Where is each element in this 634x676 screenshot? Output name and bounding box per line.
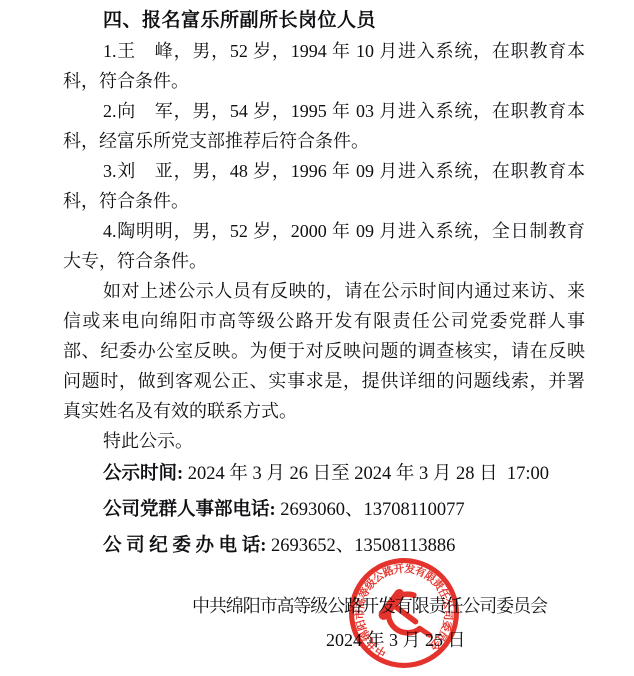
hammer-and-sickle-icon [381,591,430,641]
notice-period-label: 公示时间: [103,464,183,484]
candidate-4-line-1: 4.陶明明，男，52 岁，2000 年 09 月进入系统，全日制教育 [63,216,585,246]
official-seal: 中共绵阳市高等级公路开发有限责任公司委员会 [340,549,469,676]
feedback-line-4: 问题时，做到客观公正、实事求是，提供详细的问题线索，并署 [63,366,585,396]
candidate-2-line-1: 2.向 军，男，54 岁，1995 年 03 月进入系统，在职教育本 [63,96,585,126]
feedback-line-3: 部、纪委办公室反映。为便于对反映问题的调查核实，请在反映 [63,336,585,366]
announcement-document: 四、报名富乐所副所长岗位人员 1.王 峰，男，52 岁，1994 年 10 月进… [0,0,634,676]
closing-line: 特此公示。 [63,426,585,456]
discipline-phone-label: 公 司 纪 委 办 电 话: [103,536,266,556]
feedback-line-2: 信或来电向绵阳市高等级公路开发有限责任公司党委党群人事 [63,306,585,336]
candidate-3-line-1: 3.刘 亚，男，48 岁，1996 年 09 月进入系统，在职教育本 [63,156,585,186]
notice-period-value: 2024 年 3 月 26 日至 2024 年 3 月 28 日 17:00 [183,464,549,484]
candidate-3-line-2: 科，符合条件。 [63,186,585,216]
hr-phone-label: 公司党群人事部电话: [103,500,276,520]
feedback-line-5: 真实姓名及有效的联系方式。 [63,396,585,426]
hr-phone-row: 公司党群人事部电话: 2693060、13708110077 [63,492,585,528]
candidate-4-line-2: 大专，符合条件。 [63,246,585,276]
section-heading: 四、报名富乐所副所长岗位人员 [63,6,585,36]
document-body: 四、报名富乐所副所长岗位人员 1.王 峰，男，52 岁，1994 年 10 月进… [63,6,585,564]
discipline-phone-row: 公 司 纪 委 办 电 话: 2693652、13508113886 [63,528,585,564]
candidate-1-line-1: 1.王 峰，男，52 岁，1994 年 10 月进入系统，在职教育本 [63,36,585,66]
hr-phone-value: 2693060、13708110077 [276,500,465,520]
notice-period-row: 公示时间: 2024 年 3 月 26 日至 2024 年 3 月 28 日 1… [63,456,585,492]
candidate-2-line-2: 科，经富乐所党支部推荐后符合条件。 [63,126,585,156]
candidate-1-line-2: 科，符合条件。 [63,66,585,96]
feedback-line-1: 如对上述公示人员有反映的，请在公示时间内通过来访、来 [63,276,585,306]
